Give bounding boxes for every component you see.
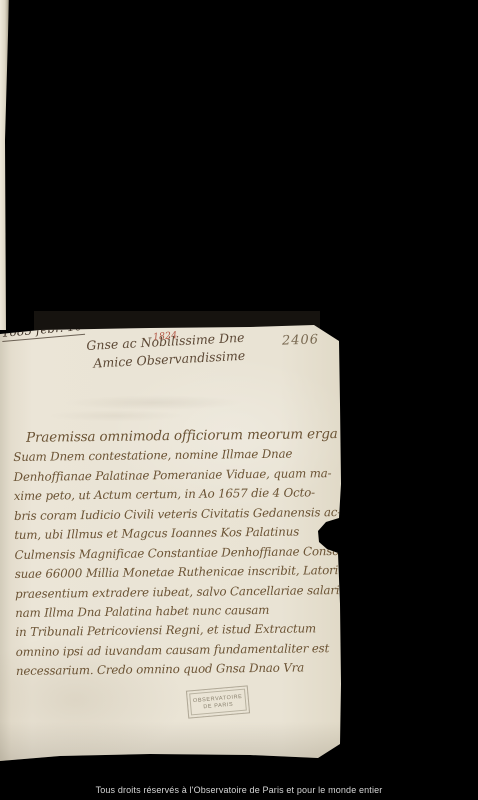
letter-body-line: praesentium extradere iubeat, salvo Canc… [15,580,345,603]
letter-body: Praemissa omnimoda officiorum meorum erg… [13,425,346,682]
page-number-annotation: 2406 [282,332,320,348]
copyright-credit-line: Tous droits réservés à l'Observatoire de… [0,785,478,795]
letter-body-line: necessarium. Credo omnino quod Gnsa Dnao… [16,658,346,681]
library-stamp-line: DE PARIS [203,701,233,710]
scan-viewport: 1685 febr. 10 1824 2406 Gnse ac Nobiliss… [0,0,478,800]
adjacent-page-edge [0,0,9,330]
manuscript-page: 1685 febr. 10 1824 2406 Gnse ac Nobiliss… [0,324,342,761]
salutation: Gnse ac Nobilissime Dne Amice Observandi… [86,329,246,373]
library-stamp: OBSERVATOIRE DE PARIS [186,685,250,718]
